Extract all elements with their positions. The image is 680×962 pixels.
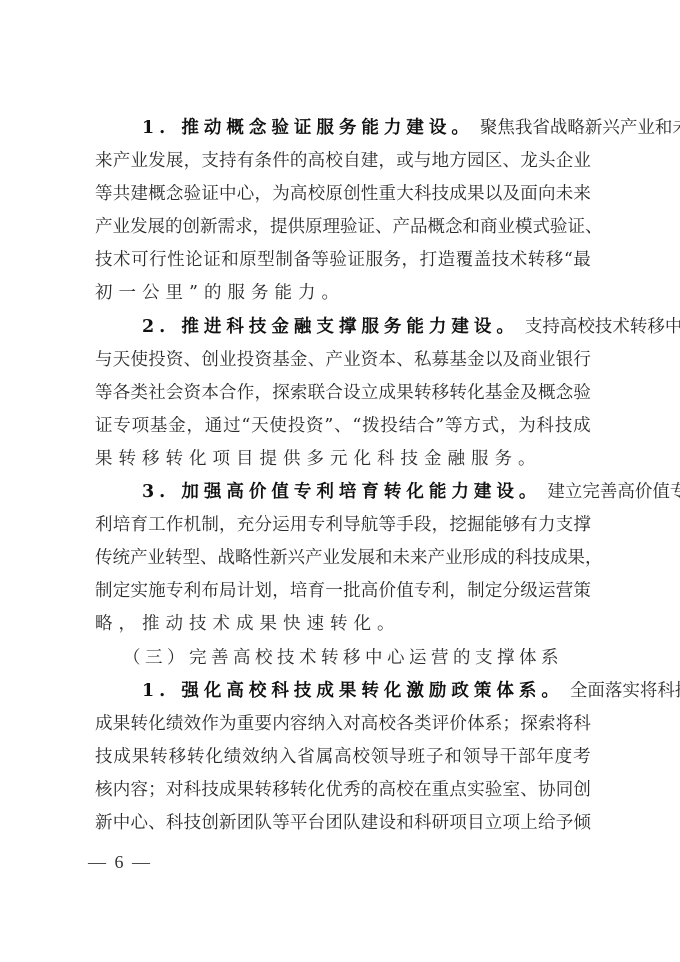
paragraph-text: 全面落实将科技 bbox=[570, 675, 680, 708]
item-heading: 2. 推进科技金融支撑服务能力建设。 bbox=[142, 311, 519, 344]
paragraph-line: 来产业发展，支持有条件的高校自建，或与地方园区、龙头企业 bbox=[95, 145, 591, 178]
paragraph-line: 略，推动技术成果快速转化。 bbox=[95, 608, 591, 641]
paragraph-line: 技术可行性论证和原型制备等验证服务，打造覆盖技术转移“最 bbox=[95, 244, 591, 277]
item-heading: 3. 加强高价值专利培育转化能力建设。 bbox=[142, 476, 541, 509]
item-heading: 1. 推动概念验证服务能力建设。 bbox=[142, 112, 474, 145]
paragraph-3-line-1: 3. 加强高价值专利培育转化能力建设。 建立完善高价值专 bbox=[95, 476, 591, 509]
paragraph-line: 成果转化绩效作为重要内容纳入对高校各类评价体系；探索将科 bbox=[95, 708, 591, 741]
paragraph-line: 新中心、科技创新团队等平台团队建设和科研项目立项上给予倾 bbox=[95, 807, 591, 840]
section-heading: （三）完善高校技术转移中心运营的支撑体系 bbox=[95, 642, 591, 675]
page-number: — 6 — bbox=[88, 852, 152, 873]
paragraph-text: 建立完善高价值专 bbox=[547, 476, 680, 509]
paragraph-4-line-1: 1. 强化高校科技成果转化激励政策体系。 全面落实将科技 bbox=[95, 675, 591, 708]
paragraph-line: 等共建概念验证中心，为高校原创性重大科技成果以及面向未来 bbox=[95, 178, 591, 211]
document-page: 1. 推动概念验证服务能力建设。 聚焦我省战略新兴产业和未 来产业发展，支持有条… bbox=[95, 112, 591, 840]
paragraph-text: 支持高校技术转移中心 bbox=[525, 311, 680, 344]
paragraph-line: 果转移转化项目提供多元化科技金融服务。 bbox=[95, 443, 591, 476]
paragraph-line: 等各类社会资本合作，探索联合设立成果转移转化基金及概念验 bbox=[95, 377, 591, 410]
paragraph-2-line-1: 2. 推进科技金融支撑服务能力建设。 支持高校技术转移中心 bbox=[95, 311, 591, 344]
item-heading: 1. 强化高校科技成果转化激励政策体系。 bbox=[142, 675, 564, 708]
paragraph-1-line-1: 1. 推动概念验证服务能力建设。 聚焦我省战略新兴产业和未 bbox=[95, 112, 591, 145]
paragraph-line: 证专项基金，通过“天使投资”、“拨投结合”等方式，为科技成 bbox=[95, 410, 591, 443]
paragraph-line: 产业发展的创新需求，提供原理验证、产品概念和商业模式验证、 bbox=[95, 211, 591, 244]
paragraph-line: 传统产业转型、战略性新兴产业发展和未来产业形成的科技成果， bbox=[95, 542, 591, 575]
paragraph-line: 核内容；对科技成果转移转化优秀的高校在重点实验室、协同创 bbox=[95, 774, 591, 807]
paragraph-text: 聚焦我省战略新兴产业和未 bbox=[480, 112, 680, 145]
paragraph-line: 制定实施专利布局计划，培育一批高价值专利，制定分级运营策 bbox=[95, 575, 591, 608]
paragraph-line: 与天使投资、创业投资基金、产业资本、私募基金以及商业银行 bbox=[95, 344, 591, 377]
paragraph-line: 技成果转移转化绩效纳入省属高校领导班子和领导干部年度考 bbox=[95, 741, 591, 774]
paragraph-line: 初一公里”的服务能力。 bbox=[95, 277, 591, 310]
paragraph-line: 利培育工作机制，充分运用专利导航等手段，挖掘能够有力支撑 bbox=[95, 509, 591, 542]
